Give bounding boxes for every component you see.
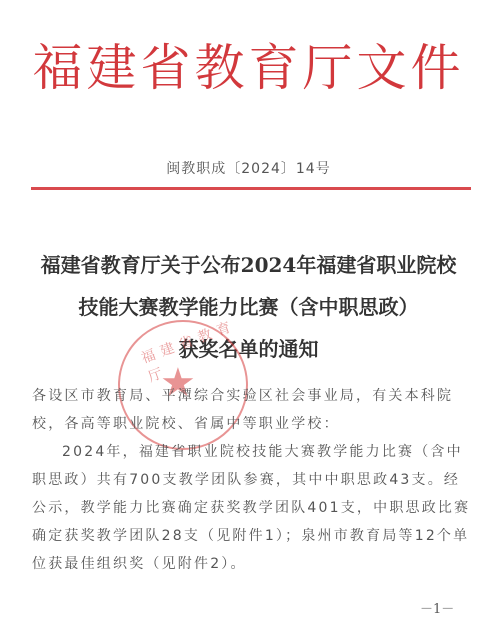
addressee-paragraph: 各设区市教育局、平潭综合实验区社会事业局，有关本科院校，各高等职业院校、省属中等… <box>32 382 472 438</box>
body-text: 各设区市教育局、平潭综合实验区社会事业局，有关本科院校，各高等职业院校、省属中等… <box>32 382 472 578</box>
notice-title-line-1: 福建省教育厅关于公布2024年福建省职业院校 <box>0 244 497 286</box>
main-paragraph: 2024年，福建省职业院校技能大赛教学能力比赛（含中职思政）共有700支教学团队… <box>32 438 472 578</box>
page-number: －1－ <box>420 598 454 617</box>
notice-title-line-2: 技能大赛教学能力比赛（含中职思政） <box>0 286 497 328</box>
issuer-header-title: 福建省教育厅文件 <box>0 38 497 98</box>
notice-title-line-3: 获奖名单的通知 <box>0 328 497 370</box>
document-number: 闽教职成〔2024〕14号 <box>0 158 497 178</box>
red-divider <box>31 187 471 190</box>
notice-title: 福建省教育厅关于公布2024年福建省职业院校 技能大赛教学能力比赛（含中职思政）… <box>0 244 497 370</box>
